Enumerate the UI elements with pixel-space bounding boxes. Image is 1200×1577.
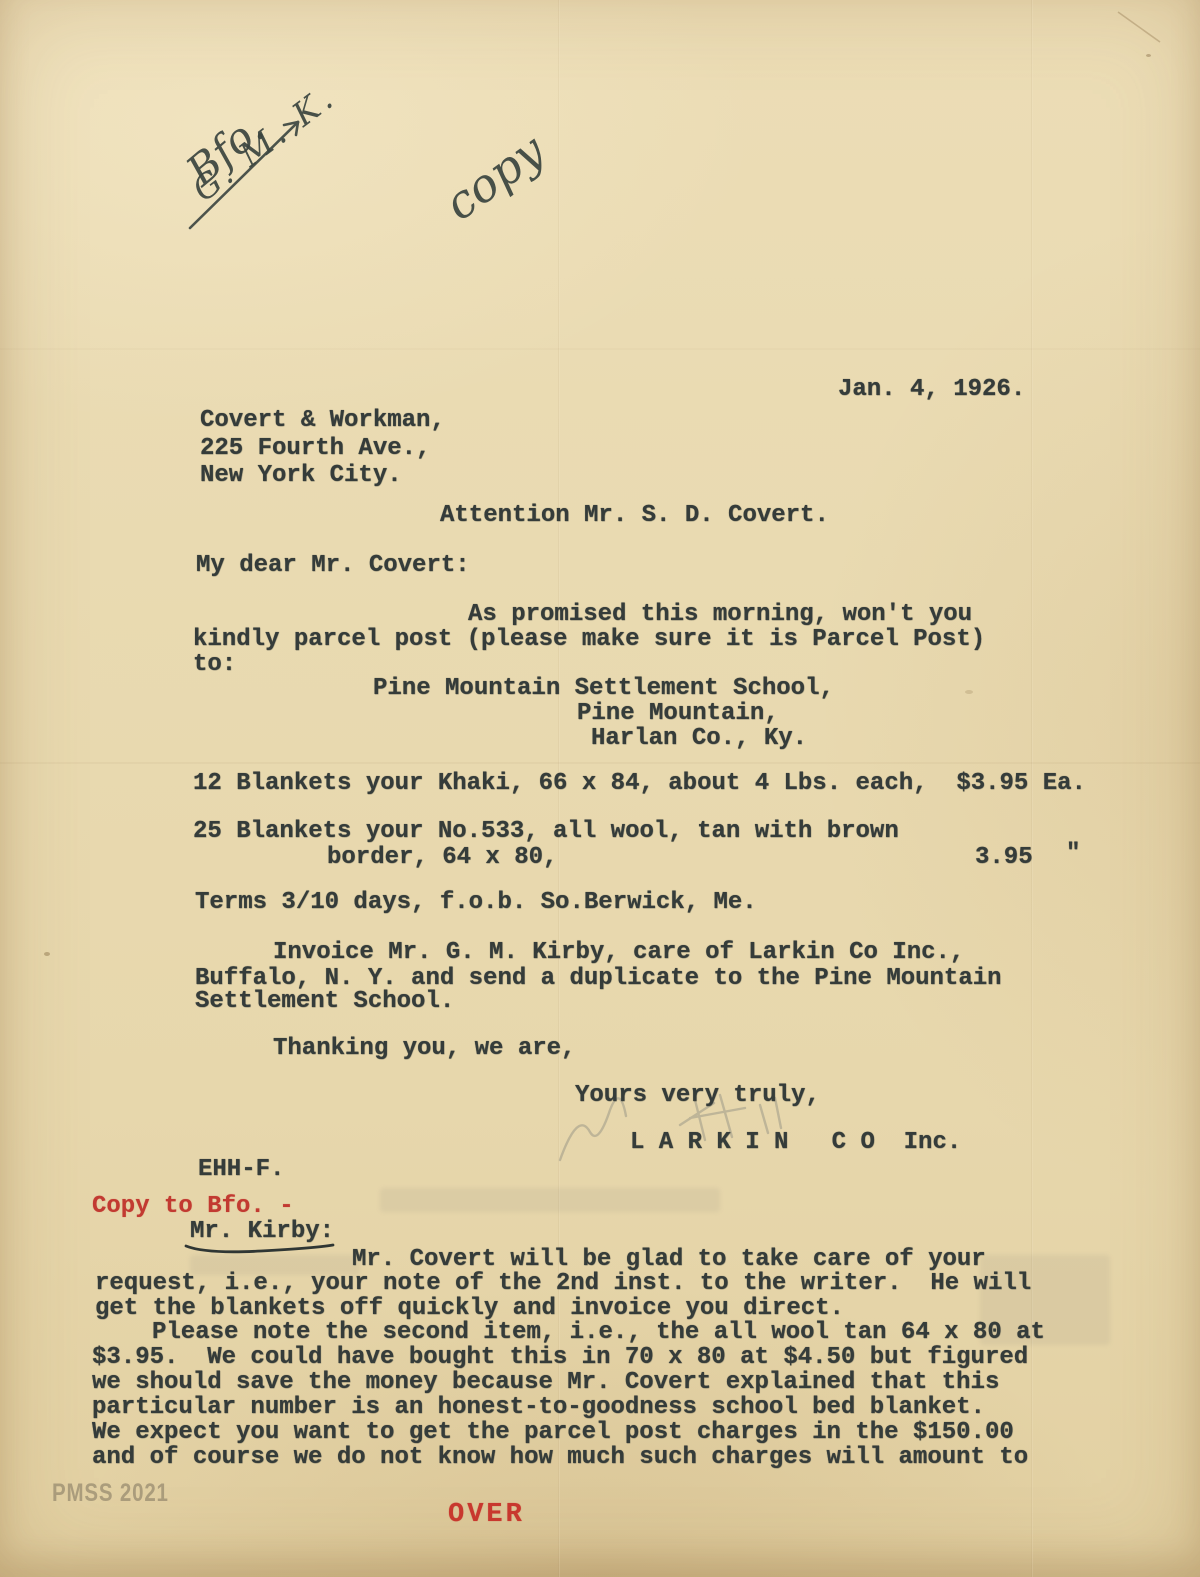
reference-initials: EHH-F. — [198, 1157, 284, 1182]
ship-to-school: Pine Mountain Settlement School, — [373, 676, 834, 701]
paper-speck — [965, 690, 973, 694]
letter-date: Jan. 4, 1926. — [838, 377, 1025, 402]
invoice-para-line-3: Settlement School. — [195, 989, 454, 1014]
ps-para2-line-6: and of course we do not know how much su… — [92, 1445, 1028, 1470]
opening-line-2: kindly parcel post (please make sure it … — [193, 627, 985, 652]
invoice-para-line-1: Invoice Mr. G. M. Kirby, care of Larkin … — [273, 940, 964, 965]
attention-line: Attention Mr. S. D. Covert. — [440, 503, 829, 528]
ps-para1-line-3: get the blankets off quickly and invoice… — [95, 1296, 844, 1321]
recipient-street: 225 Fourth Ave., — [200, 436, 430, 461]
paper-fold-line — [0, 762, 1200, 764]
pmss-watermark: PMSS 2021 — [52, 1479, 169, 1508]
ps-para1-line-1: Mr. Covert will be glad to take care of … — [352, 1247, 986, 1272]
recipient-city: New York City. — [200, 463, 402, 488]
company-signature: L A R K I N C O Inc. — [630, 1130, 961, 1155]
valediction: Yours very truly, — [575, 1083, 820, 1108]
copy-to-note: Copy to Bfo. - — [92, 1194, 294, 1219]
over-stamp: OVER — [448, 1501, 525, 1529]
order-item-2-line-1: 25 Blankets your No.533, all wool, tan w… — [193, 819, 899, 844]
order-item-2-line-2: border, 64 x 80, — [327, 845, 557, 870]
ps-para2-line-5: We expect you want to get the parcel pos… — [92, 1420, 1014, 1445]
bleedthrough-smudge — [380, 1188, 720, 1212]
opening-line-1: As promised this morning, won't you — [468, 602, 972, 627]
order-item-1: 12 Blankets your Khaki, 66 x 84, about 4… — [193, 771, 1086, 796]
ps-para2-line-4: particular number is an honest-to-goodne… — [92, 1395, 985, 1420]
paper-speck — [1146, 54, 1151, 57]
ps-para2-line-1: Please note the second item, i.e., the a… — [152, 1320, 1045, 1345]
ps-para2-line-2: $3.95. We could have bought this in 70 x… — [92, 1345, 1028, 1370]
order-item-2-ditto-mark: " — [1066, 841, 1080, 866]
salutation: My dear Mr. Covert: — [196, 553, 470, 578]
terms-line: Terms 3/10 days, f.o.b. So.Berwick, Me. — [195, 890, 757, 915]
ps-para1-line-2: request, i.e., your note of the 2nd inst… — [95, 1271, 1031, 1296]
ps-para2-line-3: we should save the money because Mr. Cov… — [92, 1370, 999, 1395]
thanks-line: Thanking you, we are, — [273, 1036, 575, 1061]
recipient-name: Covert & Workman, — [200, 408, 445, 433]
paper-fold-line — [0, 348, 1200, 350]
order-item-2-price: 3.95 — [975, 845, 1033, 870]
opening-line-3: to: — [193, 652, 236, 677]
paper-speck — [44, 952, 50, 956]
ship-to-county: Harlan Co., Ky. — [591, 726, 807, 751]
kirby-heading: Mr. Kirby: — [190, 1219, 334, 1244]
ship-to-town: Pine Mountain, — [577, 701, 779, 726]
